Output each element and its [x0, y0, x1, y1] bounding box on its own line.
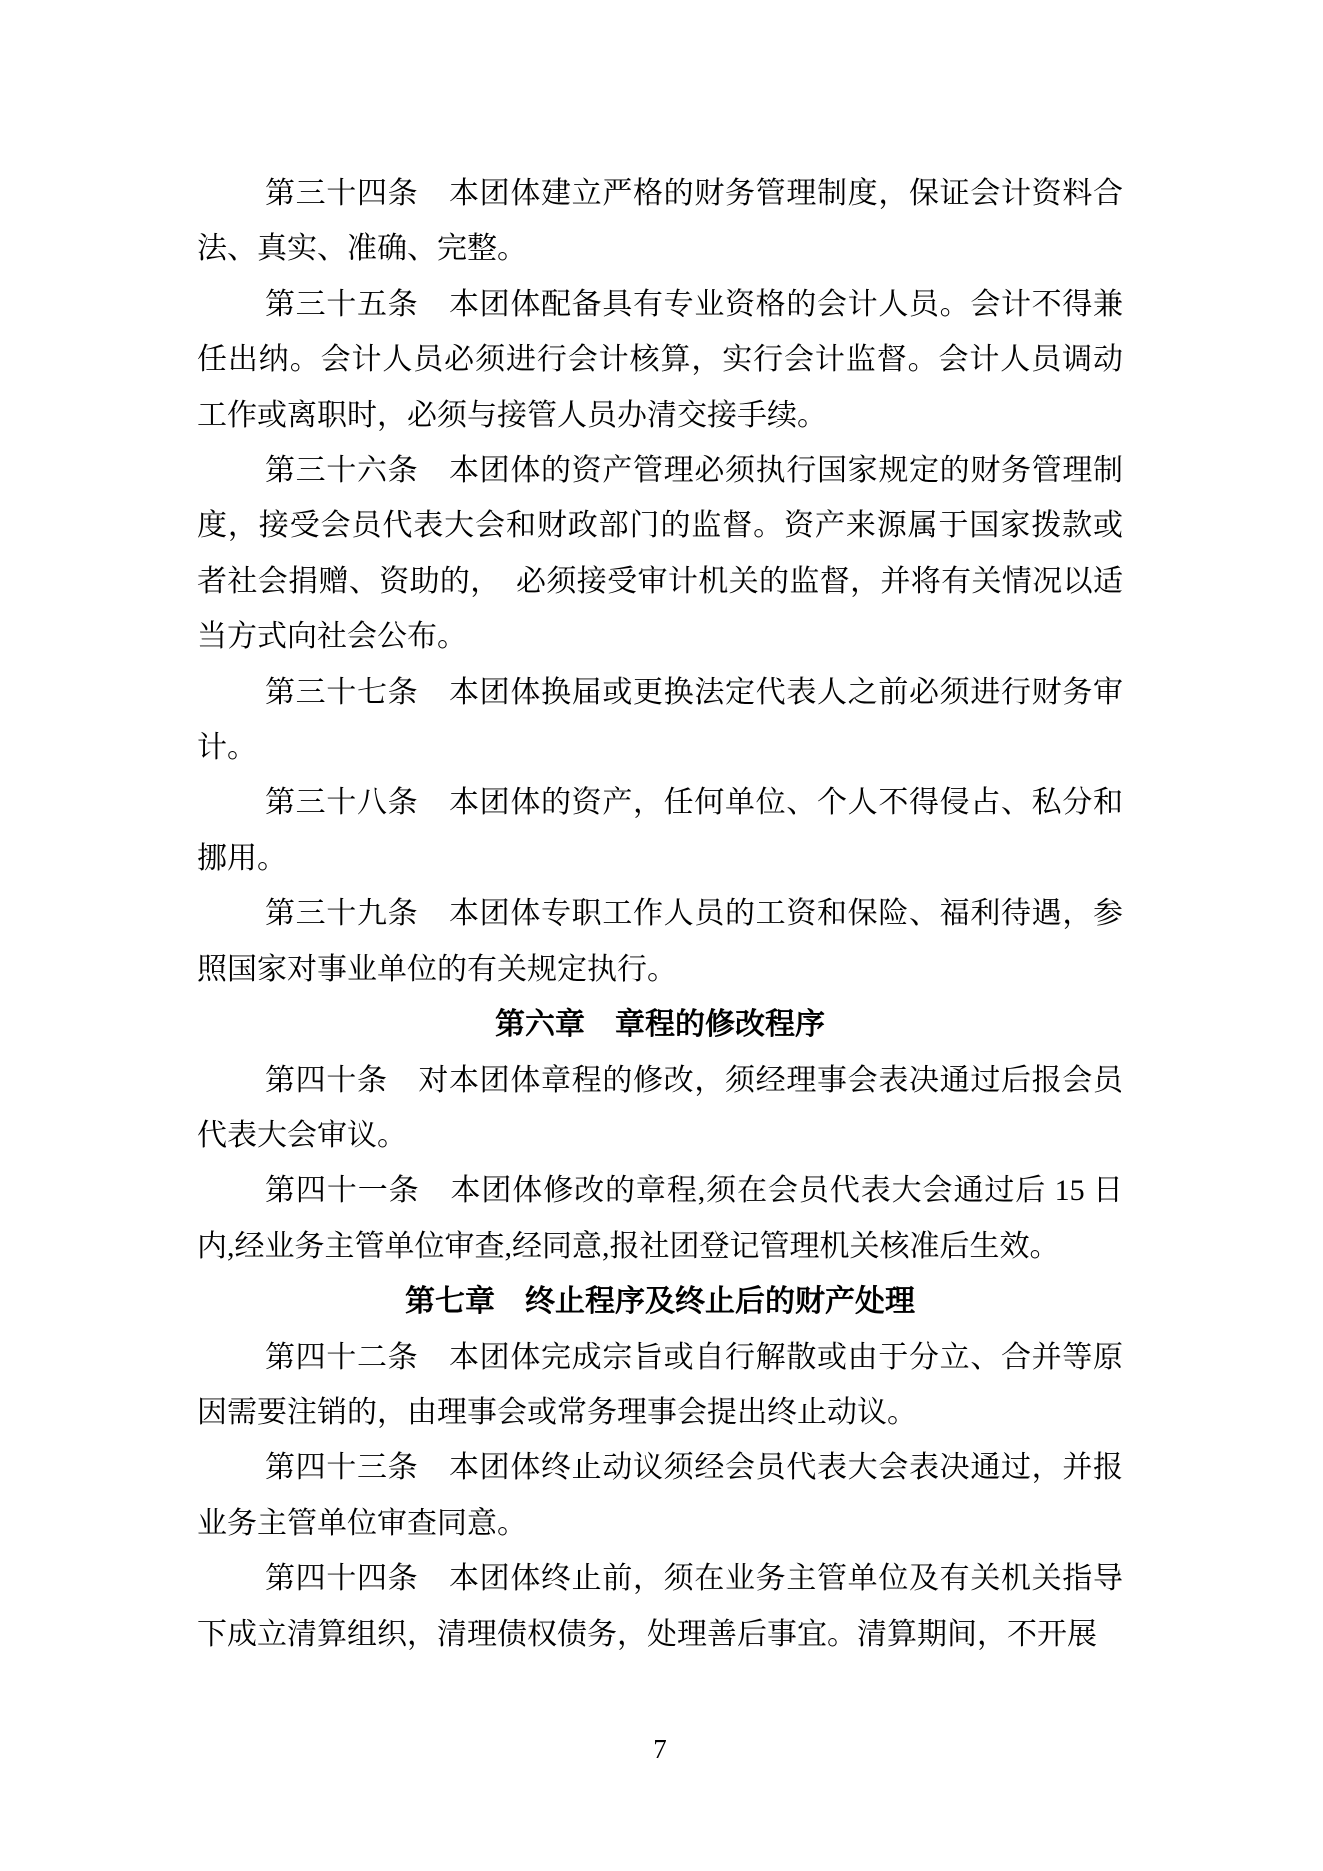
document-body: 第三十四条 本团体建立严格的财务管理制度，保证会计资料合法、真实、准确、完整。第…: [197, 166, 1123, 1662]
article-paragraph: 第三十四条 本团体建立严格的财务管理制度，保证会计资料合法、真实、准确、完整。: [197, 166, 1123, 277]
article-paragraph: 第四十条 对本团体章程的修改，须经理事会表决通过后报会员代表大会审议。: [197, 1053, 1123, 1164]
page-number: 7: [197, 1732, 1123, 1766]
document-page: 第三十四条 本团体建立严格的财务管理制度，保证会计资料合法、真实、准确、完整。第…: [0, 0, 1323, 1871]
article-paragraph: 第四十二条 本团体完成宗旨或自行解散或由于分立、合并等原因需要注销的，由理事会或…: [197, 1330, 1123, 1441]
article-paragraph: 第三十八条 本团体的资产，任何单位、个人不得侵占、私分和挪用。: [197, 775, 1123, 886]
chapter-heading: 第七章 终止程序及终止后的财产处理: [197, 1274, 1123, 1329]
chapter-heading: 第六章 章程的修改程序: [197, 997, 1123, 1052]
article-paragraph: 第四十一条 本团体修改的章程,须在会员代表大会通过后 15 日内,经业务主管单位…: [197, 1163, 1123, 1274]
article-paragraph: 第四十三条 本团体终止动议须经会员代表大会表决通过，并报业务主管单位审查同意。: [197, 1440, 1123, 1551]
article-paragraph: 第三十七条 本团体换届或更换法定代表人之前必须进行财务审计。: [197, 665, 1123, 776]
article-paragraph: 第三十五条 本团体配备具有专业资格的会计人员。会计不得兼任出纳。会计人员必须进行…: [197, 277, 1123, 443]
article-paragraph: 第三十六条 本团体的资产管理必须执行国家规定的财务管理制度，接受会员代表大会和财…: [197, 443, 1123, 665]
article-paragraph: 第三十九条 本团体专职工作人员的工资和保险、福利待遇，参照国家对事业单位的有关规…: [197, 886, 1123, 997]
article-paragraph: 第四十四条 本团体终止前，须在业务主管单位及有关机关指导下成立清算组织，清理债权…: [197, 1551, 1123, 1662]
